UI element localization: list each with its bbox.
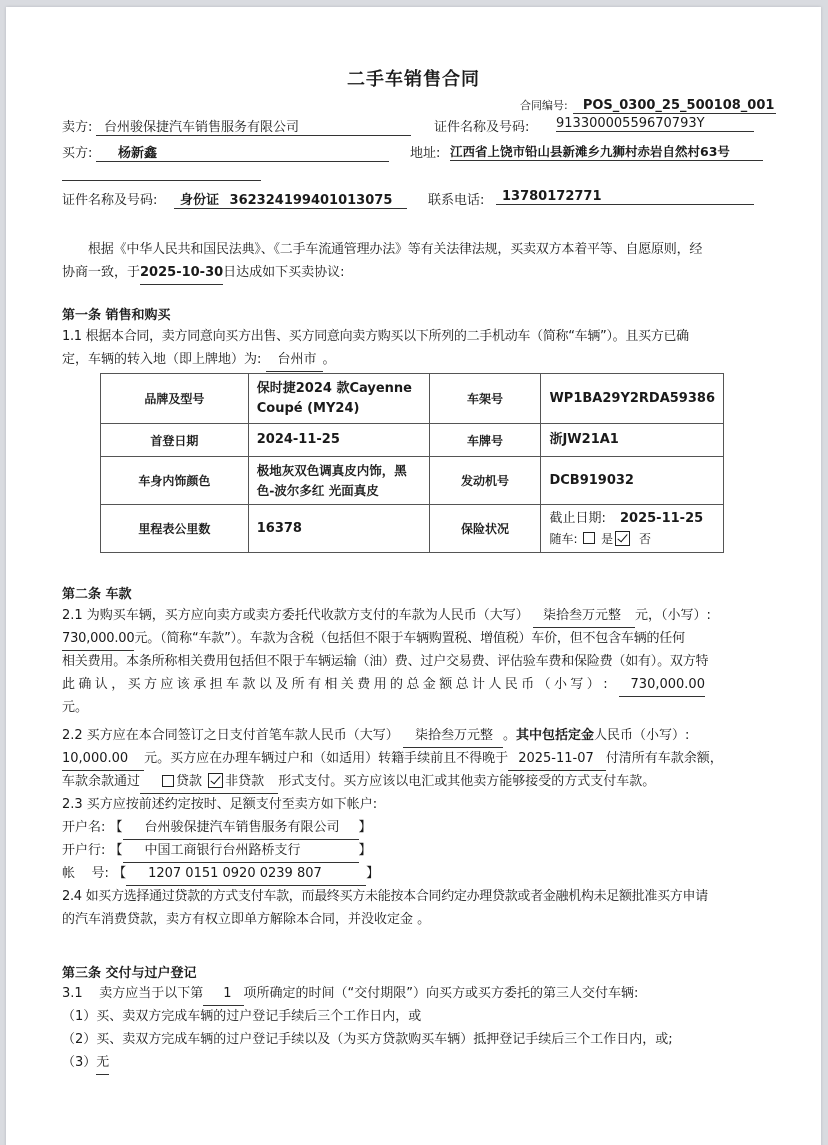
account-number: 1207 0151 0920 0239 807 — [126, 862, 366, 886]
text: 付清所有车款余额， — [606, 751, 723, 766]
text: 元。买方应在办理车辆过户和（如适用）转籍手续前且不得晚于 — [144, 751, 508, 766]
article-2-2-line-1: 2.2 买方应在本合同签订之日支付首笔车款人民币（大写） 柒拾叁万元整。其中包括… — [62, 724, 765, 747]
first-payment-words: 柒拾叁万元整 — [403, 724, 503, 748]
article-2-heading: 第二条 车款 — [62, 583, 132, 602]
document-title: 二手车销售合同 — [6, 65, 821, 91]
contract-number-label: 合同编号: — [520, 99, 568, 112]
contract-page: 二手车销售合同 合同编号: POS_0300_25_500108_001 卖方:… — [6, 7, 821, 1145]
first-registration-label: 首登日期 — [101, 424, 249, 457]
agreement-date: 2025-10-30 — [140, 261, 223, 285]
buyer-phone-label: 联系电话: — [428, 189, 484, 208]
article-1-1-line-1: 1.1 根据本合同，卖方同意向买方出售、买方同意向卖方购买以下所列的二手机动车（… — [62, 325, 765, 348]
deposit-amount: 10,000.00 — [62, 747, 144, 771]
article-3-heading: 第三条 交付与过户登记 — [62, 962, 197, 981]
insurance-cell: 截止日期: 2025-11-25 随车: 是 否 — [541, 505, 724, 553]
article-2-4-line-2: 的汽车消费贷款，卖方有权立即单方解除本合同，并没收定金 。 — [62, 908, 765, 931]
text: 2.2 买方应在本合同签订之日支付首笔车款人民币（大写） — [62, 728, 399, 743]
article-2-2: 2.2 买方应在本合同签订之日支付首笔车款人民币（大写） 柒拾叁万元整。其中包括… — [62, 724, 765, 931]
article-3-1-line: 3.1 卖方应当于以下第1项所确定的时间（“交付期限”）向买方或买方委托的第三人… — [62, 982, 765, 1005]
text: 元，（小写）: — [635, 608, 711, 623]
text: 定，车辆的转入地（即上牌地）为: — [62, 352, 261, 367]
loan-checkbox[interactable] — [162, 775, 174, 787]
text: （3） — [62, 1055, 96, 1070]
article-2-1-line-2: 730,000.00元。（简称“车款”）。车款为含税（包括但不限于车辆购置税、增… — [62, 627, 765, 650]
mileage-value: 16378 — [248, 505, 429, 553]
contract-number-row: 合同编号: POS_0300_25_500108_001 — [520, 94, 776, 114]
bank-label: 开户行: — [62, 843, 105, 858]
article-2-1-line-4: 此确认，买方应该承担车款以及所有相关费用的总金额总计人民币（小写）: 730,0… — [62, 673, 765, 696]
loan-label: 贷款 — [176, 774, 202, 789]
table-row: 车身内饰颜色 极地灰双色调真皮内饰，黑色-波尔多红 光面真皮 发动机号 DCB9… — [101, 457, 724, 505]
insurance-yes-checkbox[interactable] — [583, 532, 595, 544]
account-name-row: 开户名: 【台州骏保捷汽车销售服务有限公司】 — [62, 816, 765, 839]
engine-value: DCB919032 — [541, 457, 724, 505]
account-number-row: 帐 号: 【1207 0151 0920 0239 807】 — [62, 862, 765, 885]
text: 车款余款通过 — [62, 774, 140, 789]
buyer-id-value: 362324199401013075 — [230, 193, 393, 208]
delivery-option-3: （3）无 — [62, 1051, 765, 1074]
preamble-line-2: 协商一致，于2025-10-30日达成如下买卖协议: — [62, 261, 765, 284]
text: 项所确定的时间（“交付期限”）向买方或买方委托的第三人交付车辆: — [244, 986, 639, 1001]
delivery-option-1: （1）买、卖双方完成车辆的过户登记手续后三个工作日内，或 — [62, 1005, 765, 1028]
seller-label: 卖方: — [62, 116, 92, 135]
buyer-id-label: 证件名称及号码: — [62, 189, 157, 208]
insurance-no-checkbox[interactable] — [615, 531, 630, 546]
plate-value: 浙JW21A1 — [541, 424, 724, 457]
delivery-item-number: 1 — [203, 982, 243, 1006]
text: 人民币（小写）: — [594, 728, 689, 743]
insurance-expiry: 截止日期: 2025-11-25 — [549, 509, 715, 529]
total-amount: 730,000.00 — [619, 673, 705, 697]
preamble: 根据《中华人民共和国民法典》、《二手车流通管理办法》等有关法律法规，买卖双方本着… — [62, 238, 765, 284]
preamble-text: 日达成如下买卖协议: — [223, 265, 344, 280]
account-name-label: 开户名: — [62, 820, 105, 835]
brand-model-value: 保时捷2024 款Cayenne Coupé (MY24) — [248, 374, 429, 424]
non-loan-label: 非贷款 — [225, 774, 264, 789]
price-in-words: 柒拾叁万元整 — [533, 604, 635, 628]
insurance-with-car: 随车: 是 否 — [549, 529, 715, 549]
brand-model-label: 品牌及型号 — [101, 374, 249, 424]
seller-id-label: 证件名称及号码: — [434, 116, 529, 135]
address-continuation-line — [62, 180, 261, 181]
insurance-expiry-label: 截止日期: — [549, 511, 605, 526]
preamble-line-1: 根据《中华人民共和国民法典》、《二手车流通管理办法》等有关法律法规，买卖双方本着… — [62, 238, 765, 261]
non-loan-checkbox[interactable] — [208, 773, 223, 788]
table-row: 品牌及型号 保时捷2024 款Cayenne Coupé (MY24) 车架号 … — [101, 374, 724, 424]
buyer-address-label: 地址: — [410, 142, 440, 161]
article-2-1-line-1: 2.1 为购买车辆，买方应向卖方或卖方委托代收款方支付的车款为人民币（大写） 柒… — [62, 604, 765, 627]
article-1-1-line-2: 定，车辆的转入地（即上牌地）为: 台州市。 — [62, 348, 765, 371]
contract-number: POS_0300_25_500108_001 — [573, 98, 777, 114]
article-2-2-line-2: 10,000.00元。买方应在办理车辆过户和（如适用）转籍手续前且不得晚于202… — [62, 747, 765, 770]
delivery-option-2: （2）买、卖双方完成车辆的过户登记手续以及（为买方贷款购买车辆）抵押登记手续后三… — [62, 1028, 765, 1051]
first-registration-value: 2024-11-25 — [248, 424, 429, 457]
text: 。 — [323, 352, 336, 367]
buyer-id-type: 身份证 — [180, 193, 219, 208]
article-2-2-line-3: 车款余款通过贷款 非贷款形式支付。买方应该以电汇或其他卖方能够接受的方式支付车款… — [62, 770, 765, 793]
text: 。 — [503, 728, 516, 743]
deposit-label: 其中包括定金 — [516, 728, 594, 743]
insurance-expiry-date: 2025-11-25 — [620, 511, 703, 526]
yes-label: 是 — [601, 532, 613, 546]
table-row: 首登日期 2024-11-25 车牌号 浙JW21A1 — [101, 424, 724, 457]
mileage-label: 里程表公里数 — [101, 505, 249, 553]
buyer-phone: 13780172771 — [496, 189, 754, 205]
no-label: 否 — [639, 532, 651, 546]
plate-label: 车牌号 — [429, 424, 541, 457]
text: 元。（简称“车款”）。车款为含税（包括但不限于车辆购置税、增值税）车价，但不包含… — [134, 631, 684, 646]
delivery-option-3-value: 无 — [96, 1051, 109, 1075]
article-2-3-text: 2.3 买方应按前述约定按时、足额支付至卖方如下帐户: — [62, 793, 765, 816]
article-2-1-line-3: 相关费用。本条所称相关费用包括但不限于车辆运输（油）费、过户交易费、评估验车费和… — [62, 650, 765, 673]
engine-label: 发动机号 — [429, 457, 541, 505]
text: 2.1 为购买车辆，买方应向卖方或卖方委托代收款方支付的车款为人民币（大写） — [62, 608, 529, 623]
payment-deadline: 2025-11-07 — [508, 747, 606, 771]
color-label: 车身内饰颜色 — [101, 457, 249, 505]
article-2-1-line-5: 元。 — [62, 696, 765, 719]
vin-value: WP1BA29Y2RDA59386 — [541, 374, 724, 424]
text: 此确认，买方应该承担车款以及所有相关费用的总金额总计人民币（小写）: — [62, 677, 611, 692]
text: 形式支付。买方应该以电汇或其他卖方能够接受的方式支付车款。 — [278, 774, 655, 789]
transfer-city: 台州市 — [266, 348, 323, 372]
vehicle-info-table: 品牌及型号 保时捷2024 款Cayenne Coupé (MY24) 车架号 … — [100, 373, 724, 553]
article-2-4-line-1: 2.4 如买方选择通过贷款的方式支付车款，而最终买方未能按本合同约定办理贷款或者… — [62, 885, 765, 908]
insurance-label: 保险状况 — [429, 505, 541, 553]
bank-name: 中国工商银行台州路桥支行 — [123, 839, 359, 863]
article-1-heading: 第一条 销售和购买 — [62, 304, 171, 323]
buyer-name: 杨新鑫 — [96, 142, 389, 162]
article-3-1: 3.1 卖方应当于以下第1项所确定的时间（“交付期限”）向买方或买方委托的第三人… — [62, 982, 765, 1074]
buyer-label: 买方: — [62, 142, 92, 161]
bank-row: 开户行: 【中国工商银行台州路桥支行】 — [62, 839, 765, 862]
article-1-1: 1.1 根据本合同，卖方同意向买方出售、买方同意向卖方购买以下所列的二手机动车（… — [62, 325, 765, 371]
account-number-label: 帐 号: — [62, 866, 109, 881]
seller-name: 台州骏保捷汽车销售服务有限公司 — [96, 116, 411, 136]
seller-id-value: 91330000559670793Y — [556, 116, 754, 132]
vin-label: 车架号 — [429, 374, 541, 424]
buyer-id-field: 身份证 362324199401013075 — [174, 189, 407, 209]
preamble-text: 协商一致，于 — [62, 265, 140, 280]
price-in-figures: 730,000.00 — [62, 627, 134, 651]
article-2-1: 2.1 为购买车辆，买方应向卖方或卖方委托代收款方支付的车款为人民币（大写） 柒… — [62, 604, 765, 719]
table-row: 里程表公里数 16378 保险状况 截止日期: 2025-11-25 随车: 是… — [101, 505, 724, 553]
buyer-address: 江西省上饶市铅山县新滩乡九狮村赤岩自然村63号 — [450, 142, 763, 161]
color-value: 极地灰双色调真皮内饰，黑色-波尔多红 光面真皮 — [248, 457, 429, 505]
payment-method-field: 贷款 非贷款 — [140, 770, 278, 794]
with-car-label: 随车: — [549, 532, 577, 546]
text: 3.1 卖方应当于以下第 — [62, 986, 203, 1001]
account-name: 台州骏保捷汽车销售服务有限公司 — [123, 816, 359, 840]
